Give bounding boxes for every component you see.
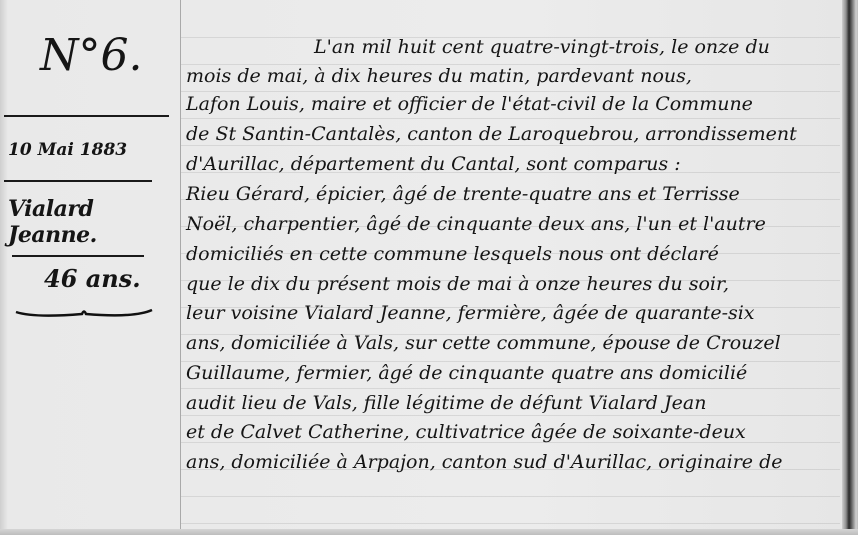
text-line: audit lieu de Vals, fille légitime de dé… <box>186 390 706 417</box>
flourish-underline-icon <box>14 306 154 320</box>
margin-divider <box>4 115 169 117</box>
record-date: 10 Mai 1883 <box>8 140 127 160</box>
text-line: ans, domiciliée à Arpajon, canton sud d'… <box>186 449 783 476</box>
text-line: et de Calvet Catherine, cultivatrice âgé… <box>186 419 746 446</box>
register-page: N°6. 10 Mai 1883 Vialard Jeanne. 46 ans.… <box>0 0 858 535</box>
margin-rule <box>180 0 181 535</box>
text-line: domiciliés en cette commune lesquels nou… <box>186 241 719 268</box>
text-line: Lafon Louis, maire et officier de l'état… <box>186 91 753 118</box>
text-line: que le dix du présent mois de mai à onze… <box>186 271 729 298</box>
text-line: Guillaume, fermier, âgé de cinquante qua… <box>186 360 747 387</box>
text-line: ans, domiciliée à Vals, sur cette commun… <box>186 330 781 357</box>
deceased-age: 46 ans. <box>44 264 141 293</box>
margin-divider <box>12 255 144 257</box>
text-line: mois de mai, à dix heures du matin, pard… <box>186 63 692 90</box>
record-number: N°6. <box>40 30 142 81</box>
text-line: L'an mil huit cent quatre-vingt-trois, l… <box>314 34 770 61</box>
margin-divider <box>4 180 152 182</box>
text-line: de St Santin-Cantalès, canton de Laroque… <box>186 121 797 148</box>
book-spine <box>842 0 858 535</box>
page-bottom-edge <box>0 529 858 535</box>
margin-column: N°6. 10 Mai 1883 Vialard Jeanne. 46 ans. <box>0 0 180 535</box>
text-line: Noël, charpentier, âgé de cinquante deux… <box>186 211 766 238</box>
deceased-name: Vialard Jeanne. <box>8 196 180 248</box>
text-line: leur voisine Vialard Jeanne, fermière, â… <box>186 300 755 327</box>
text-line: d'Aurillac, département du Cantal, sont … <box>186 151 681 178</box>
text-line: Rieu Gérard, épicier, âgé de trente-quat… <box>186 181 740 208</box>
